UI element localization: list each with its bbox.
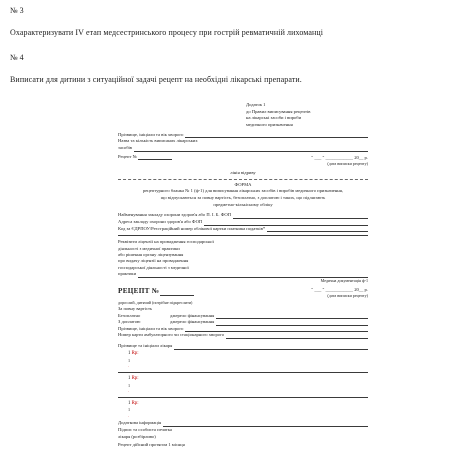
blank-line xyxy=(138,273,368,278)
rp-line: 1 Rp: xyxy=(128,351,368,358)
edrpou-label: Код за ЄДРПОУ/Реєстраційний номер обліко… xyxy=(118,226,265,233)
blank-line xyxy=(160,291,194,296)
blank-line xyxy=(267,227,368,232)
rp-block: 1 Rp: 1 . xyxy=(128,376,368,394)
rp-sub-mark: . xyxy=(128,363,368,368)
address-row: Адреса закладу охорони здоров'я або ФОП xyxy=(118,219,368,226)
stub-meds-row: засобів xyxy=(118,145,368,152)
form-subtitle: предметно-кількісному обліку xyxy=(118,202,368,209)
signature-label2: лікаря (розбірливо) xyxy=(118,434,368,441)
license-last-row: практики xyxy=(118,271,368,277)
card-label: Номер карти амбулаторного чи стаціонарно… xyxy=(118,332,224,339)
form-subtitle: що відпускаються за повну вартість, безо… xyxy=(118,195,368,202)
prescription-form: Додаток 1 до Правил виписування рецептів… xyxy=(118,102,368,449)
blank-line xyxy=(216,321,368,326)
blank-line xyxy=(138,155,172,160)
tear-caption: лінія відриву xyxy=(118,170,368,177)
rp-label: Rp: xyxy=(132,401,139,406)
divider xyxy=(118,372,368,373)
rp-line: 1 Rp: xyxy=(128,401,368,408)
free-label: Безоплатно xyxy=(118,313,170,320)
divider xyxy=(118,235,368,236)
license-block: Реквізити ліцензії на провадження господ… xyxy=(118,239,368,278)
blank-line xyxy=(233,214,368,219)
rp-block: 1 Rp: 1 . xyxy=(128,351,368,369)
recipe-date-block: " ___ " ____________ 20__ р. (дата випис… xyxy=(311,286,368,300)
annex-line: медичного призначення xyxy=(246,122,368,129)
blank-line xyxy=(226,334,368,339)
validity-note: Рецепт дійсний протягом 1 місяця xyxy=(118,442,368,449)
recipe-title: РЕЦЕПТ № xyxy=(118,286,159,296)
recipe-date-line: " ___ " ____________ 20__ р. xyxy=(311,287,368,292)
blank-line xyxy=(216,314,368,319)
task-text: Виписати для дитини з ситуаційної задачі… xyxy=(10,75,430,84)
additional-info-label: Додаткова інформація xyxy=(118,420,161,427)
stub-date-line: " ___ " ____________ 20__ р. xyxy=(311,155,368,160)
med-doc-label: Медична документація ф-1 xyxy=(118,278,368,284)
task-number: № 3 xyxy=(10,6,430,15)
doctor-label: Прізвище та ініціали лікаря xyxy=(118,343,172,350)
stub-recipe-no-label: Рецепт № xyxy=(118,154,137,161)
patient-row: Прізвище, ініціали та вік хворого xyxy=(118,326,368,333)
stub-number-date-row: Рецепт № " ___ " ____________ 20__ р. (д… xyxy=(118,154,368,168)
recipe-date-caption: (дата виписки рецепту) xyxy=(327,293,368,298)
rp-sub-mark: . xyxy=(128,388,368,393)
free-row: Безоплатно джерело фінансування xyxy=(118,313,368,320)
stub-date-caption: (дата виписки рецепту) xyxy=(327,161,368,166)
task-text: Охарактеризувати IV етап медсестринськог… xyxy=(10,28,430,37)
rp-line: 1 Rp: xyxy=(128,376,368,383)
edrpou-row: Код за ЄДРПОУ/Реєстраційний номер обліко… xyxy=(118,226,368,233)
facility-row: Найменування закладу охорони здоров'я аб… xyxy=(118,212,368,219)
license-line: практики xyxy=(118,271,136,277)
annex-line: на лікарські засоби і вироби xyxy=(246,115,368,122)
stub-recipe-no: Рецепт № xyxy=(118,154,172,161)
rp-label: Rp: xyxy=(132,351,139,356)
divider xyxy=(118,397,368,398)
rp-number: 1 xyxy=(128,376,130,381)
annex-line: Додаток 1 xyxy=(246,102,368,109)
form-title: ФОРМА xyxy=(118,182,368,189)
annex-line: до Правил виписування рецептів xyxy=(246,109,368,116)
signature-label: Підпис та особиста печатка xyxy=(118,427,368,434)
rp-block: 1 Rp: 1 . xyxy=(128,401,368,419)
rp-number: 1 xyxy=(128,351,130,356)
rp-sub-mark: . xyxy=(128,413,368,418)
copay-label: З доплатою xyxy=(118,319,170,326)
recipe-header-row: РЕЦЕПТ № " ___ " ____________ 20__ р. (д… xyxy=(118,286,368,300)
stub-patient-row: Прізвище, ініціали та вік хворого xyxy=(118,132,368,139)
card-row: Номер карти амбулаторного чи стаціонарно… xyxy=(118,332,368,339)
task-list: № 3 Охарактеризувати IV етап медсестринс… xyxy=(10,6,430,100)
stub-meds-label: Назва та кількість виписаних лікарських xyxy=(118,138,368,145)
patient-label: Прізвище, ініціали та вік хворого xyxy=(118,326,183,333)
additional-info-row: Додаткова інформація xyxy=(118,420,368,427)
stub-patient-label: Прізвище, ініціали та вік хворого xyxy=(118,132,183,139)
rp-number: 1 xyxy=(128,401,130,406)
copay-row: З доплатою джерело фінансування xyxy=(118,319,368,326)
rp-label: Rp: xyxy=(132,376,139,381)
task-number: № 4 xyxy=(10,53,430,62)
blank-line xyxy=(174,345,368,350)
blank-line xyxy=(163,422,368,427)
blank-line xyxy=(134,147,368,152)
doctor-row: Прізвище та ініціали лікаря xyxy=(118,343,368,350)
funding-label: джерело фінансування xyxy=(170,319,214,326)
tear-line xyxy=(118,179,368,180)
stub-meds-label2: засобів xyxy=(118,145,132,152)
stub-date-block: " ___ " ____________ 20__ р. (дата випис… xyxy=(311,154,368,168)
recipe-title-block: РЕЦЕПТ № xyxy=(118,286,194,296)
annex-reference: Додаток 1 до Правил виписування рецептів… xyxy=(246,102,368,129)
address-label: Адреса закладу охорони здоров'я або ФОП xyxy=(118,219,202,226)
full-cost-label: За повну вартість xyxy=(118,306,368,313)
funding-label: джерело фінансування xyxy=(170,313,214,320)
blank-line xyxy=(185,133,368,138)
facility-label: Найменування закладу охорони здоров'я аб… xyxy=(118,212,231,219)
form-subtitle: рецептурного бланка № 1 (ф-1) для випису… xyxy=(118,188,368,195)
